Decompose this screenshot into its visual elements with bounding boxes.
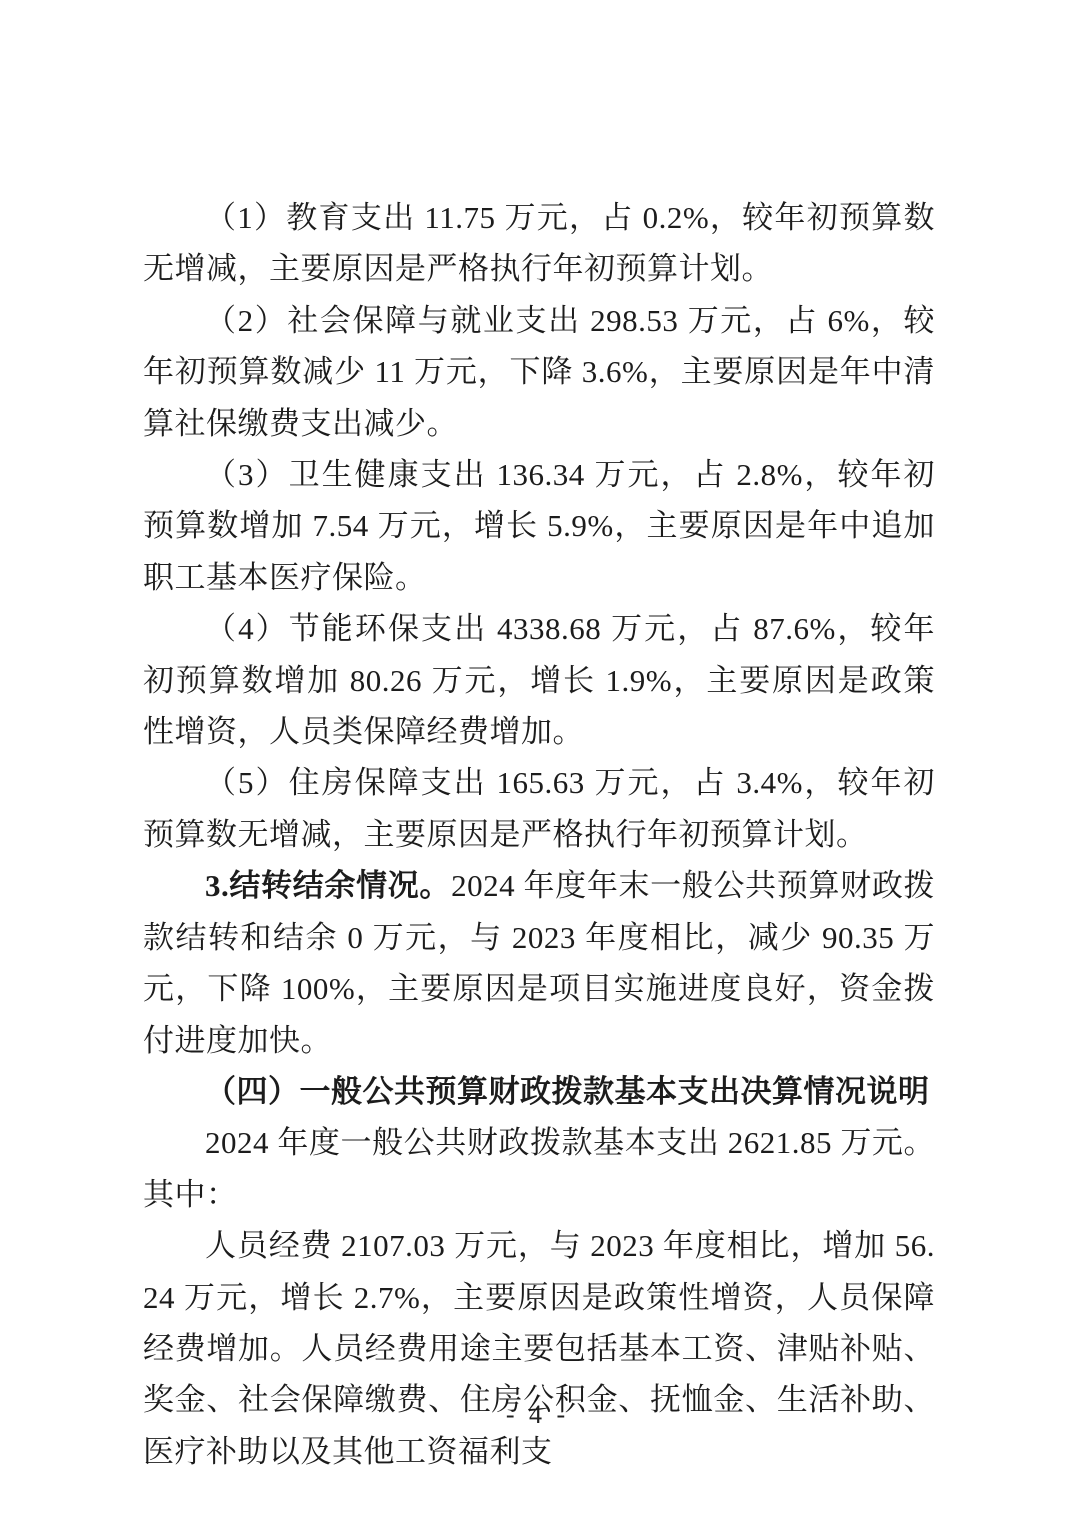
- paragraph: （5）住房保障支出 165.63 万元，占 3.4%，较年初预算数无增减，主要原…: [143, 757, 935, 860]
- paragraph: 人员经费 2107.03 万元，与 2023 年度相比，增加 56.24 万元，…: [143, 1220, 935, 1477]
- text-run: （5）住房保障支出 165.63 万元，占 3.4%，较年初预算数无增减，主要原…: [143, 765, 935, 851]
- paragraph: （1）教育支出 11.75 万元，占 0.2%，较年初预算数无增减，主要原因是严…: [143, 192, 935, 295]
- text-run: （4）节能环保支出 4338.68 万元，占 87.6%，较年初预算数增加 80…: [143, 611, 935, 749]
- paragraph: 3.结转结余情况。2024 年度年末一般公共预算财政拨款结转和结余 0 万元，与…: [143, 860, 935, 1066]
- paragraph: （3）卫生健康支出 136.34 万元，占 2.8%，较年初预算数增加 7.54…: [143, 449, 935, 603]
- text-run: 2024 年度一般公共财政拨款基本支出 2621.85 万元。其中：: [143, 1125, 935, 1211]
- paragraph: （四）一般公共预算财政拨款基本支出决算情况说明: [143, 1066, 935, 1117]
- paragraph: 2024 年度一般公共财政拨款基本支出 2621.85 万元。其中：: [143, 1117, 935, 1220]
- paragraph: （2）社会保障与就业支出 298.53 万元，占 6%，较年初预算数减少 11 …: [143, 295, 935, 449]
- document-page: （1）教育支出 11.75 万元，占 0.2%，较年初预算数无增减，主要原因是严…: [0, 0, 1075, 1520]
- text-run: （四）一般公共预算财政拨款基本支出决算情况说明: [205, 1074, 930, 1109]
- text-run: 3.结转结余情况。: [205, 868, 451, 903]
- text-run: 人员经费 2107.03 万元，与 2023 年度相比，增加 56.24 万元，…: [143, 1228, 935, 1469]
- page-number: - 4 -: [506, 1400, 569, 1429]
- document-body: （1）教育支出 11.75 万元，占 0.2%，较年初预算数无增减，主要原因是严…: [143, 192, 935, 1477]
- text-run: （2）社会保障与就业支出 298.53 万元，占 6%，较年初预算数减少 11 …: [143, 303, 935, 441]
- text-run: （1）教育支出 11.75 万元，占 0.2%，较年初预算数无增减，主要原因是严…: [143, 200, 935, 286]
- text-run: （3）卫生健康支出 136.34 万元，占 2.8%，较年初预算数增加 7.54…: [143, 457, 935, 595]
- paragraph: （4）节能环保支出 4338.68 万元，占 87.6%，较年初预算数增加 80…: [143, 603, 935, 757]
- page-footer: - 4 -: [0, 1400, 1075, 1430]
